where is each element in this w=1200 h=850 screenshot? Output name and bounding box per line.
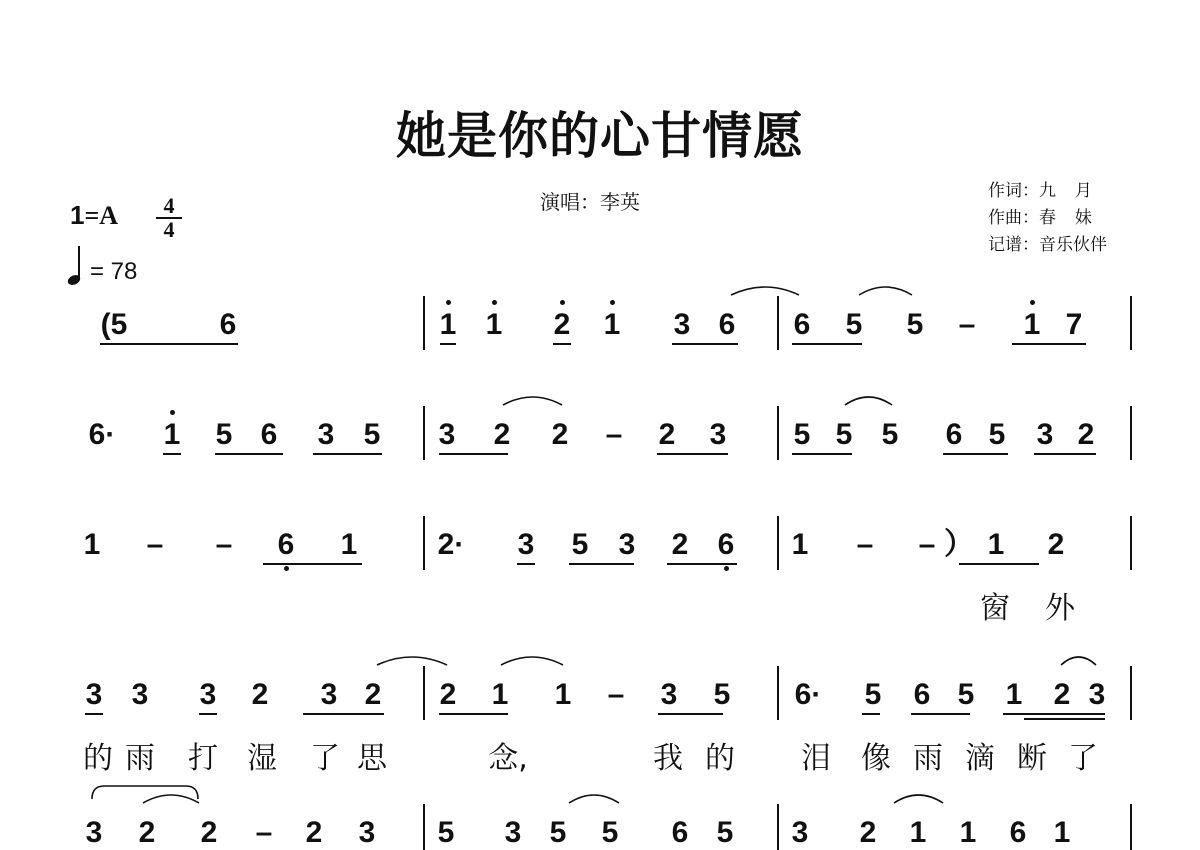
note-value: 2 xyxy=(1078,418,1095,451)
note-value: 3 xyxy=(132,678,149,711)
note-value: 6 xyxy=(220,308,237,341)
note-value: 5 xyxy=(714,678,731,711)
bar-line xyxy=(777,406,779,460)
eighth-underline xyxy=(658,713,723,715)
lyric-syllable: 了 xyxy=(305,742,345,776)
note-value: 3 xyxy=(321,678,338,711)
note-value: 2 xyxy=(672,528,689,561)
note-value: 6· xyxy=(89,418,116,451)
note-value: 6 xyxy=(719,308,736,341)
score-note: 6 xyxy=(714,530,738,560)
score-note: 3 xyxy=(706,420,730,450)
sixteenth-underline xyxy=(1024,718,1105,720)
key-do-number: 1 xyxy=(70,200,84,230)
score-note: 2 xyxy=(655,420,679,450)
note-value: 2 xyxy=(365,678,382,711)
eighth-underline xyxy=(517,563,535,565)
note-value: 3 xyxy=(518,528,535,561)
eighth-underline xyxy=(672,343,738,345)
note-value: 5 xyxy=(216,418,233,451)
score-note: 3 xyxy=(128,680,152,710)
note-value: 3 xyxy=(1037,418,1054,451)
note-value: 6 xyxy=(794,308,811,341)
eighth-underline xyxy=(440,343,456,345)
note-value: – xyxy=(606,418,623,451)
slur-mark xyxy=(730,282,800,296)
slur-mark xyxy=(844,392,893,406)
bar-line xyxy=(423,296,425,350)
score-note: 5 xyxy=(598,818,622,848)
note-value: – xyxy=(959,308,976,341)
score-note: (5 xyxy=(96,310,132,340)
note-value: 2 xyxy=(440,678,457,711)
score-note: 2 xyxy=(856,818,880,848)
eighth-underline xyxy=(667,563,737,565)
score-note: 5 xyxy=(832,420,856,450)
bar-line xyxy=(1130,516,1132,570)
note-value: 5 xyxy=(989,418,1006,451)
lyric-syllable: 雨 xyxy=(908,742,948,776)
score-note: 5 xyxy=(903,310,927,340)
score-note: 2 xyxy=(550,310,574,340)
bar-line xyxy=(423,666,425,720)
score-note: 2 xyxy=(668,530,692,560)
note-value: 2 xyxy=(1048,528,1065,561)
note-value: 1 xyxy=(492,678,509,711)
high-octave-dot-icon xyxy=(492,300,497,305)
note-value: ） xyxy=(944,528,974,561)
note-value: 5 xyxy=(958,678,975,711)
high-octave-dot-icon xyxy=(1030,300,1035,305)
bar-line xyxy=(423,406,425,460)
score-note: 2 xyxy=(197,818,221,848)
time-sig-numerator: 4 xyxy=(156,196,182,216)
note-value: 1 xyxy=(960,816,977,849)
score-note: 2 xyxy=(1044,530,1068,560)
note-value: (5 xyxy=(101,308,128,341)
score-note: 1 xyxy=(906,818,930,848)
score-note: 6 xyxy=(257,420,281,450)
eighth-underline xyxy=(100,343,238,345)
lyric-syllable: 我 xyxy=(648,742,688,776)
score-note: 5 xyxy=(568,530,592,560)
note-value: 5 xyxy=(882,418,899,451)
phrase-bracket xyxy=(90,784,200,800)
score-note: 3 xyxy=(317,680,341,710)
score-note: 1 xyxy=(488,680,512,710)
time-signature: 4 4 xyxy=(156,196,182,240)
score-note: 5 xyxy=(790,420,814,450)
score-note: 2 xyxy=(248,680,272,710)
note-value: 6 xyxy=(1010,816,1027,849)
note-value: 7 xyxy=(1066,308,1083,341)
note-value: 2 xyxy=(860,816,877,849)
note-value: 2 xyxy=(201,816,218,849)
bar-line xyxy=(777,516,779,570)
slur-mark xyxy=(502,392,563,406)
note-value: 2 xyxy=(1054,678,1071,711)
score-note: 5 xyxy=(710,680,734,710)
note-value: 3 xyxy=(86,678,103,711)
note-value: – xyxy=(216,528,233,561)
lyric-syllable: 的 xyxy=(78,742,118,776)
note-value: 5 xyxy=(836,418,853,451)
note-value: – xyxy=(919,528,936,561)
note-value: 3 xyxy=(200,678,217,711)
note-value: 5 xyxy=(438,816,455,849)
score-note: 6 xyxy=(216,310,240,340)
score-note: 5 xyxy=(360,420,384,450)
score-note: 1 xyxy=(956,818,980,848)
score-note: 1 xyxy=(1020,310,1044,340)
bar-line xyxy=(423,804,425,850)
score-note: – xyxy=(212,530,236,560)
note-value: 5 xyxy=(846,308,863,341)
slur-mark xyxy=(500,652,564,666)
score-note: – xyxy=(252,818,276,848)
slur-mark xyxy=(858,282,913,296)
composer-credit: 作曲：春 妹 xyxy=(988,204,1107,231)
score-note: 6 xyxy=(274,530,298,560)
score-note: 3 xyxy=(670,310,694,340)
score-note: 2 xyxy=(436,680,460,710)
score-note: 2 xyxy=(1050,680,1074,710)
eighth-underline xyxy=(959,563,1039,565)
lyric-syllable: 念, xyxy=(478,742,538,776)
score-note: 1 xyxy=(482,310,506,340)
lyric-syllable: 泪 xyxy=(796,742,836,776)
score-note: 1 xyxy=(788,530,812,560)
high-octave-dot-icon xyxy=(170,410,175,415)
score-note: 5 xyxy=(878,420,902,450)
score-note: 2 xyxy=(490,420,514,450)
note-value: 5 xyxy=(602,816,619,849)
key-signature: 1=A xyxy=(70,200,118,231)
note-value: 1 xyxy=(792,528,809,561)
eighth-underline xyxy=(439,453,508,455)
eighth-underline xyxy=(657,453,728,455)
score-note: – xyxy=(604,680,628,710)
note-value: 3 xyxy=(318,418,335,451)
score-note: – xyxy=(853,530,877,560)
high-octave-dot-icon xyxy=(610,300,615,305)
note-value: 2· xyxy=(438,528,465,561)
bar-line xyxy=(423,516,425,570)
note-value: 2 xyxy=(494,418,511,451)
note-value: 6 xyxy=(718,528,735,561)
singer-credit: 演唱：李英 xyxy=(540,186,640,215)
note-value: 1 xyxy=(555,678,572,711)
note-value: 5 xyxy=(364,418,381,451)
slur-mark xyxy=(893,790,944,804)
lyric-syllable: 外 xyxy=(1040,592,1080,626)
note-value: – xyxy=(147,528,164,561)
eighth-underline xyxy=(163,453,181,455)
high-octave-dot-icon xyxy=(446,300,451,305)
bar-line xyxy=(777,804,779,850)
note-value: 5 xyxy=(865,678,882,711)
score-note: 5 xyxy=(861,680,885,710)
score-note: – xyxy=(602,420,626,450)
bar-line xyxy=(1130,804,1132,850)
score-note: 3 xyxy=(355,818,379,848)
note-value: 2 xyxy=(659,418,676,451)
score-note: 1 xyxy=(984,530,1008,560)
eighth-underline xyxy=(1034,453,1096,455)
slur-mark xyxy=(376,652,448,666)
score-note: 7 xyxy=(1062,310,1086,340)
slur-mark xyxy=(568,790,620,804)
score-note: 3 xyxy=(1085,680,1109,710)
score-note: 6 xyxy=(668,818,692,848)
note-value: 1 xyxy=(1006,678,1023,711)
note-value: 3 xyxy=(792,816,809,849)
note-value: 5 xyxy=(572,528,589,561)
eighth-underline xyxy=(199,713,217,715)
note-value: 6 xyxy=(278,528,295,561)
score-note: 5 xyxy=(546,818,570,848)
score-note: 1 xyxy=(1002,680,1026,710)
note-value: 6· xyxy=(795,678,822,711)
note-value: 1 xyxy=(164,418,181,451)
eighth-underline xyxy=(553,343,571,345)
score-note: 2 xyxy=(548,420,572,450)
note-value: – xyxy=(256,816,273,849)
note-value: 5 xyxy=(907,308,924,341)
score-note: ） xyxy=(944,530,968,560)
score-note: 3 xyxy=(314,420,338,450)
eighth-underline xyxy=(263,563,362,565)
lyric-syllable: 的 xyxy=(700,742,740,776)
note-value: 5 xyxy=(717,816,734,849)
eighth-underline xyxy=(303,713,384,715)
score-note: 3 xyxy=(196,680,220,710)
score-note: 3 xyxy=(82,818,106,848)
score-note: 1 xyxy=(600,310,624,340)
score-note: – xyxy=(143,530,167,560)
score-note: 1 xyxy=(1050,818,1074,848)
score-note: 2 xyxy=(361,680,385,710)
note-value: 5 xyxy=(794,418,811,451)
lyric-syllable: 像 xyxy=(856,742,896,776)
eighth-underline xyxy=(862,713,880,715)
note-value: 6 xyxy=(672,816,689,849)
score-note: 1 xyxy=(160,420,184,450)
note-value: 6 xyxy=(946,418,963,451)
note-value: 3 xyxy=(710,418,727,451)
score-note: 5 xyxy=(954,680,978,710)
note-value: 1 xyxy=(988,528,1005,561)
lyric-syllable: 断 xyxy=(1012,742,1052,776)
score-note: 5 xyxy=(713,818,737,848)
eighth-underline xyxy=(313,453,382,455)
score-note: 5 xyxy=(434,818,458,848)
bar-line xyxy=(1130,296,1132,350)
score-note: 5 xyxy=(212,420,236,450)
eighth-underline xyxy=(1003,713,1105,715)
tempo-value: = 78 xyxy=(90,258,137,286)
lyric-syllable: 湿 xyxy=(242,742,282,776)
note-value: 1 xyxy=(1024,308,1041,341)
lyricist-credit: 作词：九 月 xyxy=(988,177,1107,204)
lyric-syllable: 窗 xyxy=(975,592,1015,626)
high-octave-dot-icon xyxy=(560,300,565,305)
score-note: 1 xyxy=(436,310,460,340)
low-octave-dot-icon xyxy=(284,566,289,571)
bar-line xyxy=(777,296,779,350)
score-note: 6· xyxy=(790,680,826,710)
score-note: 1 xyxy=(551,680,575,710)
note-value: 1 xyxy=(910,816,927,849)
lyric-syllable: 思 xyxy=(352,742,392,776)
note-value: 3 xyxy=(505,816,522,849)
note-value: 3 xyxy=(674,308,691,341)
note-value: 1 xyxy=(440,308,457,341)
score-note: 6 xyxy=(790,310,814,340)
score-note: 3 xyxy=(514,530,538,560)
eighth-underline xyxy=(911,713,970,715)
lyric-syllable: 打 xyxy=(183,742,223,776)
score-note: 6 xyxy=(1006,818,1030,848)
score-note: 6· xyxy=(84,420,120,450)
note-value: 2 xyxy=(306,816,323,849)
quarter-note-icon xyxy=(66,246,82,286)
score-note: – xyxy=(955,310,979,340)
score-note: 3 xyxy=(1033,420,1057,450)
note-value: 1 xyxy=(1054,816,1071,849)
note-value: 3 xyxy=(359,816,376,849)
key-value: =A xyxy=(84,201,118,230)
score-note: 3 xyxy=(501,818,525,848)
note-value: 6 xyxy=(261,418,278,451)
eighth-underline xyxy=(569,563,634,565)
score-note: 3 xyxy=(435,420,459,450)
score-note: 6 xyxy=(910,680,934,710)
note-value: 3 xyxy=(661,678,678,711)
score-note: 1 xyxy=(337,530,361,560)
transcriber-credit: 记谱：音乐伙伴 xyxy=(988,231,1107,258)
note-value: 1 xyxy=(604,308,621,341)
note-value: 3 xyxy=(619,528,636,561)
song-title: 她是你的心甘情愿 xyxy=(0,96,1200,168)
note-value: 2 xyxy=(552,418,569,451)
note-value: 1 xyxy=(486,308,503,341)
eighth-underline xyxy=(215,453,283,455)
score-note: – xyxy=(915,530,939,560)
score-note: 6 xyxy=(715,310,739,340)
score-note: 2 xyxy=(302,818,326,848)
bar-line xyxy=(1130,406,1132,460)
note-value: 2 xyxy=(252,678,269,711)
time-sig-denominator: 4 xyxy=(156,220,182,240)
note-value: 3 xyxy=(439,418,456,451)
note-value: – xyxy=(857,528,874,561)
lyric-syllable: 雨 xyxy=(120,742,160,776)
score-note: 3 xyxy=(615,530,639,560)
credits-block: 作词：九 月 作曲：春 妹 记谱：音乐伙伴 xyxy=(988,177,1107,258)
score-note: 6 xyxy=(942,420,966,450)
note-value: 2 xyxy=(139,816,156,849)
eighth-underline xyxy=(792,453,852,455)
score-note: 2 xyxy=(1074,420,1098,450)
lyric-syllable: 滴 xyxy=(960,742,1000,776)
eighth-underline xyxy=(439,713,508,715)
bar-line xyxy=(777,666,779,720)
note-value: 1 xyxy=(341,528,358,561)
score-note: 5 xyxy=(842,310,866,340)
slur-mark xyxy=(1060,652,1097,666)
score-note: 2· xyxy=(433,530,469,560)
score-note: 2 xyxy=(135,818,159,848)
eighth-underline xyxy=(792,343,862,345)
eighth-underline xyxy=(85,713,103,715)
note-value: 5 xyxy=(550,816,567,849)
note-value: – xyxy=(608,678,625,711)
note-value: 2 xyxy=(554,308,571,341)
score-note: 3 xyxy=(657,680,681,710)
note-value: 3 xyxy=(1089,678,1106,711)
note-value: 3 xyxy=(86,816,103,849)
score-note: 3 xyxy=(82,680,106,710)
note-value: 6 xyxy=(914,678,931,711)
eighth-underline xyxy=(943,453,1008,455)
score-note: 5 xyxy=(985,420,1009,450)
bar-line xyxy=(1130,666,1132,720)
note-value: 1 xyxy=(84,528,101,561)
tempo-marking: = 78 xyxy=(66,246,137,286)
score-note: 1 xyxy=(80,530,104,560)
lyric-syllable: 了 xyxy=(1063,742,1103,776)
score-note: 3 xyxy=(788,818,812,848)
low-octave-dot-icon xyxy=(724,566,729,571)
eighth-underline xyxy=(1012,343,1086,345)
